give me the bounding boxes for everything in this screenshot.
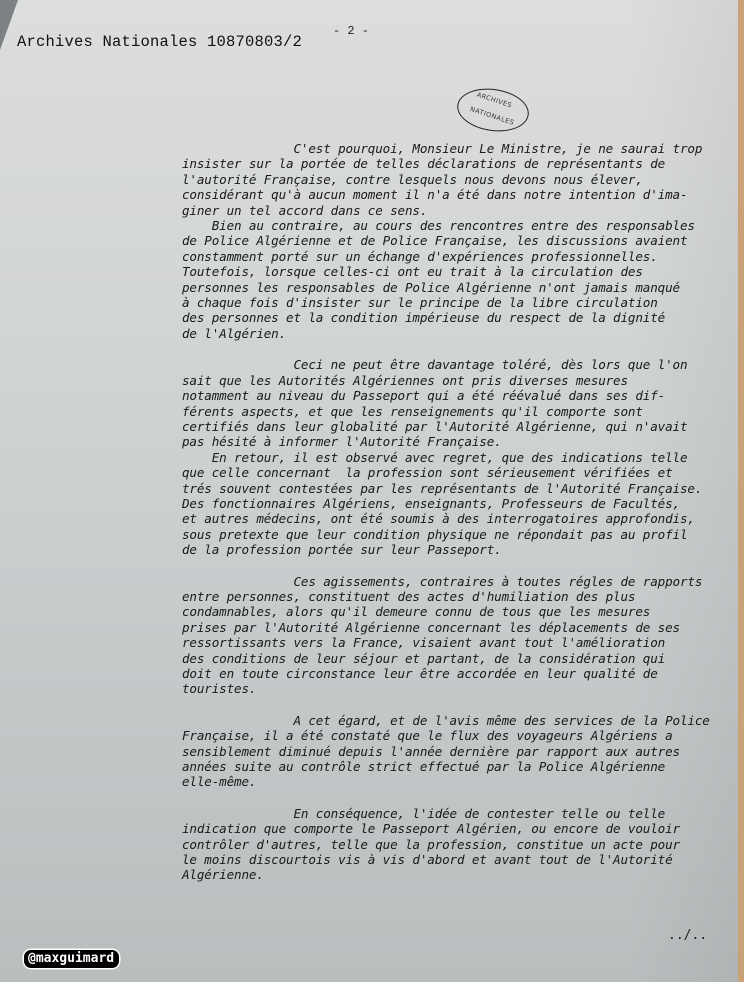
paragraph: Ces agissements, contraires à toutes rég… [182,574,738,697]
paragraph-gap [182,790,738,806]
text-line: des conditions de leur séjour et partant… [182,651,738,666]
paragraph-gap [182,697,738,713]
paragraph: En retour, il est observé avec regret, q… [182,450,738,558]
text-line: En conséquence, l'idée de contester tell… [182,806,738,821]
page-number: - 2 - [333,24,369,38]
text-line: prises par l'Autorité Algérienne concern… [182,620,738,635]
text-line: giner un tel accord dans ce sens. [182,203,738,218]
text-line: A cet égard, et de l'avis même des servi… [182,713,738,728]
text-line: personnes les responsables de Police Alg… [182,280,738,295]
text-line: notamment au niveau du Passeport qui a é… [182,388,738,403]
text-line: de l'Algérien. [182,326,738,341]
text-line: trés souvent contestées par les représen… [182,481,738,496]
paragraph-gap [182,558,738,574]
text-line: Bien au contraire, au cours des rencontr… [182,218,738,233]
text-line: doit en toute circonstance leur être acc… [182,666,738,681]
text-line: sous pretexte que leur condition physiqu… [182,527,738,542]
text-line: Toutefois, lorsque celles-ci ont eu trai… [182,264,738,279]
continued-marker: ../.. [668,928,707,943]
text-line: Ces agissements, contraires à toutes rég… [182,574,738,589]
text-line: pas hésité à informer l'Autorité Françai… [182,434,738,449]
text-line: férents aspects, et que les renseignemen… [182,404,738,419]
document-page: Archives Nationales 10870803/2 - 2 - ARC… [0,0,738,982]
text-line: Des fonctionnaires Algériens, enseignant… [182,496,738,511]
paragraph: A cet égard, et de l'avis même des servi… [182,713,738,790]
text-line: et autres médecins, ont été soumis à des… [182,511,738,526]
text-line: à chaque fois d'insister sur le principe… [182,295,738,310]
text-line: entre personnes, constituent des actes d… [182,589,738,604]
page-corner-shadow [0,0,18,50]
author-watermark: @maxguimard [24,950,119,968]
text-line: sait que les Autorités Algériennes ont p… [182,373,738,388]
text-line: de la profession portée sur leur Passepo… [182,542,738,557]
paragraph: Bien au contraire, au cours des rencontr… [182,218,738,341]
text-line: constamment porté sur un échange d'expér… [182,249,738,264]
text-line: que celle concernant la profession sont … [182,465,738,480]
text-line: Ceci ne peut être davantage toléré, dès … [182,357,738,372]
text-line: insister sur la portée de telles déclara… [182,156,738,171]
text-line: années suite au contrôle strict effectué… [182,759,738,774]
text-line: considérant qu'à aucun moment il n'a été… [182,187,738,202]
text-line: En retour, il est observé avec regret, q… [182,450,738,465]
archive-reference: Archives Nationales 10870803/2 [17,33,302,51]
text-line: contrôler d'autres, telle que la profess… [182,837,738,852]
text-line: indication que comporte le Passeport Alg… [182,821,738,836]
text-line: C'est pourquoi, Monsieur Le Ministre, je… [182,141,738,156]
text-line: Algérienne. [182,867,738,882]
paragraph: En conséquence, l'idée de contester tell… [182,806,738,883]
text-line: l'autorité Française, contre lesquels no… [182,172,738,187]
text-line: condamnables, alors qu'il demeure connu … [182,604,738,619]
text-line: ressortissants vers la France, visaient … [182,635,738,650]
text-line: certifiés dans leur globalité par l'Auto… [182,419,738,434]
text-line: touristes. [182,681,738,696]
text-line: sensiblement diminué depuis l'année dern… [182,744,738,759]
text-line: de Police Algérienne et de Police França… [182,233,738,248]
text-line: des personnes et la condition impérieuse… [182,310,738,325]
archives-nationales-stamp: ARCHIVES NATIONALES [454,84,531,136]
letter-body: C'est pourquoi, Monsieur Le Ministre, je… [182,141,738,883]
paragraph: Ceci ne peut être davantage toléré, dès … [182,357,738,449]
paragraph-gap [182,341,738,357]
text-line: elle-même. [182,774,738,789]
text-line: le moins discourtois vis à vis d'abord e… [182,852,738,867]
text-line: Française, il a été constaté que le flux… [182,728,738,743]
paragraph: C'est pourquoi, Monsieur Le Ministre, je… [182,141,738,218]
